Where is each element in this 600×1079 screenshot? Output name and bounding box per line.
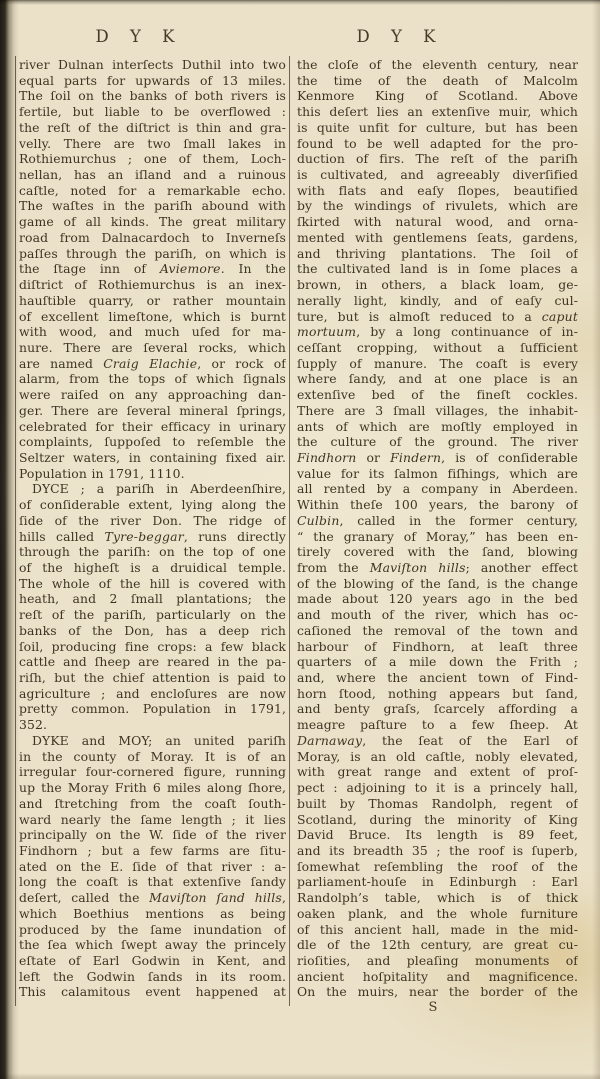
- text-line: the time of the death of Malcolm: [297, 73, 578, 89]
- text-line: ture, but is almoſt reduced to a caput: [297, 309, 578, 325]
- text-line: Randolph’s table, which is of thick: [297, 890, 578, 906]
- text-line: with great range and extent of proſ-: [297, 764, 578, 780]
- text-line: ancient hoſpitality and magnificence.: [297, 969, 578, 985]
- text-line: Rothiemurchus ; one of them, Loch-: [19, 151, 286, 167]
- text-line: “ the granary of Moray,” has been en-: [297, 529, 578, 545]
- text-line: ſkirted with natural wood, and orna-: [297, 214, 578, 230]
- text-line: ſupply of manure. The coaſt is every: [297, 356, 578, 372]
- text-line: and thriving plantations. The ſoil of: [297, 246, 578, 262]
- text-line: were raiſed on any approaching dan-: [19, 387, 286, 403]
- text-line: There are 3 ſmall villages, the inhabit-: [297, 403, 578, 419]
- text-line: caſtle, noted for a remarkable echo.: [19, 183, 286, 199]
- text-line: meagre paſture to a few ſheep. At: [297, 717, 578, 733]
- text-line: ants of which are moſtly employed in: [297, 419, 578, 435]
- text-line: Culbin, called in the former century,: [297, 513, 578, 529]
- text-line: this deſert lies an extenſive muir, whic…: [297, 104, 578, 120]
- text-line: This calamitous event happened at: [19, 984, 286, 1000]
- text-line: produced by the ſame inundation of: [19, 922, 286, 938]
- text-line: agriculture ; and encloſures are now: [19, 686, 286, 702]
- text-line: left the Godwin ſands in its room.: [19, 969, 286, 985]
- text-line: extenſive bed of the fineſt cockles.: [297, 387, 578, 403]
- text-line: nerally light, kindly, and of eaſy cul-: [297, 293, 578, 309]
- text-line: of the blowing of the ſand, is the chang…: [297, 576, 578, 592]
- text-line: and ſtretching from the coaſt ſouth-: [19, 796, 286, 812]
- text-line: horn ſtood, nothing appears but ſand,: [297, 686, 578, 702]
- text-line: brown, in others, a black loam, ge-: [297, 277, 578, 293]
- text-line: The ſoil on the banks of both rivers is: [19, 88, 286, 104]
- text-line: is quite unfit for culture, but has been: [297, 120, 578, 136]
- text-line: diſtrict of Rothiemurchus is an inex-: [19, 277, 286, 293]
- text-line: dle of the 12th century, are great cu-: [297, 937, 578, 953]
- text-line: Findhorn or Findern, is of conſiderable: [297, 450, 578, 466]
- text-line: where ſandy, and at one place is an: [297, 371, 578, 387]
- text-line: with flats and eaſy ſlopes, beautified: [297, 183, 578, 199]
- text-line: cattle and ſheep are reared in the pa-: [19, 654, 286, 670]
- text-line: Findhorn ; but a few farms are ſitu-: [19, 843, 286, 859]
- text-line: of the higheſt is a druidical temple.: [19, 560, 286, 576]
- text-line: parliament-houſe in Edinburgh : Earl: [297, 874, 578, 890]
- text-line: DYKE and MOY; an united pariſh: [19, 733, 286, 749]
- text-line: and benty graſs, ſcarcely affording a: [297, 701, 578, 717]
- text-line: river Dulnan interſects Duthil into two: [19, 57, 286, 73]
- text-line: alarm, from the tops of which ſignals: [19, 371, 286, 387]
- text-line: celebrated for their efficacy in urinary: [19, 419, 286, 435]
- text-line: all rented by a company in Aberdeen.: [297, 481, 578, 497]
- text-line: mortuum, by a long continuance of in-: [297, 324, 578, 340]
- text-line: DYCE ; a pariſh in Aberdeenſhire,: [19, 481, 286, 497]
- text-line: rioſities, and pleaſing monuments of: [297, 953, 578, 969]
- text-line: David Bruce. Its length is 89 feet,: [297, 827, 578, 843]
- running-head-left: D Y K: [96, 27, 183, 46]
- text-line: ſoil, producing fine crops: a few black: [19, 639, 286, 655]
- text-line: the ſea which ſwept away the princely: [19, 937, 286, 953]
- text-line: hills called Tyre-beggar, runs directly: [19, 529, 286, 545]
- text-line: game of all kinds. The great military: [19, 214, 286, 230]
- text-line: and its breadth 35 ; the roof is ſuperb,: [297, 843, 578, 859]
- text-line: oaken plank, and the whole furniture: [297, 906, 578, 922]
- text-line: eſtate of Earl Godwin in Kent, and: [19, 953, 286, 969]
- text-line: the cloſe of the eleventh century, near: [297, 57, 578, 73]
- text-line: by the windings of rivulets, which are: [297, 198, 578, 214]
- text-line: road from Dalnacardoch to Inverneſs: [19, 230, 286, 246]
- text-line: pect : adjoining to it is a princely hal…: [297, 780, 578, 796]
- right-column-text: the cloſe of the eleventh century, neart…: [297, 57, 578, 1000]
- text-line: ated on the E. ſide of that river : a-: [19, 859, 286, 875]
- text-line: banks of the Don, has a deep rich: [19, 623, 286, 639]
- left-column-text: river Dulnan interſects Duthil into twoe…: [19, 57, 286, 1000]
- text-line: up the Moray Frith 6 miles along ſhore,: [19, 780, 286, 796]
- text-line: and, where the ancient town of Find-: [297, 670, 578, 686]
- text-line: duction of firs. The reſt of the pariſh: [297, 151, 578, 167]
- text-line: the reſt of the diſtrict is thin and gra…: [19, 120, 286, 136]
- text-line: Within theſe 100 years, the barony of: [297, 497, 578, 513]
- text-line: heath, and 2 ſmall plantations; the: [19, 591, 286, 607]
- text-line: reſt of the pariſh, particularly on the: [19, 607, 286, 623]
- signature-mark: S: [429, 1000, 438, 1015]
- text-line: nellan, has an iſland and a ruinous: [19, 167, 286, 183]
- text-line: complaints, ſuppoſed to reſemble the: [19, 434, 286, 450]
- text-line: pretty common. Population in 1791,: [19, 701, 286, 717]
- text-line: from the Maviſton hills; another effect: [297, 560, 578, 576]
- text-line: quarters of a mile down the Frith ;: [297, 654, 578, 670]
- text-line: made about 120 years ago in the bed: [297, 591, 578, 607]
- text-line: 352.: [19, 717, 286, 733]
- text-line: riſh, but the chief attention is paid to: [19, 670, 286, 686]
- text-line: value for its ſalmon fiſhings, which are: [297, 466, 578, 482]
- text-line: The whole of the hill is covered with: [19, 576, 286, 592]
- running-head-right: D Y K: [357, 27, 444, 46]
- text-line: caſioned the removal of the town and: [297, 623, 578, 639]
- text-line: through the pariſh: on the top of one: [19, 544, 286, 560]
- text-line: The waſtes in the pariſh abound with: [19, 198, 286, 214]
- text-line: Population in 1791, 1110.: [19, 466, 286, 482]
- text-line: Kenmore King of Scotland. Above: [297, 88, 578, 104]
- text-line: of conſiderable extent, lying along the: [19, 497, 286, 513]
- text-line: found to be well adapted for the pro-: [297, 136, 578, 152]
- text-line: nure. There are ſeveral rocks, which: [19, 340, 286, 356]
- text-line: of excellent limeſtone, which is burnt: [19, 309, 286, 325]
- text-line: the ſtage inn of Aviemore. In the: [19, 261, 286, 277]
- text-line: are named Craig Elachie, or rock of: [19, 356, 286, 372]
- text-line: with wood, and much uſed for ma-: [19, 324, 286, 340]
- text-line: ſomewhat reſembling the roof of the: [297, 859, 578, 875]
- text-line: Darnaway, the ſeat of the Earl of: [297, 733, 578, 749]
- text-line: tirely covered with the ſand, blowing: [297, 544, 578, 560]
- text-line: the culture of the ground. The river: [297, 434, 578, 450]
- text-line: ward nearly the ſame length ; it lies: [19, 812, 286, 828]
- text-line: ceſſant cropping, without a ſufficient: [297, 340, 578, 356]
- text-line: principally on the W. ſide of the river: [19, 827, 286, 843]
- text-line: equal parts for upwards of 13 miles.: [19, 73, 286, 89]
- text-line: mented with gentlemens ſeats, gardens,: [297, 230, 578, 246]
- text-line: which Boethius mentions as being: [19, 906, 286, 922]
- text-line: deſert, called the Maviſton ſand hills,: [19, 890, 286, 906]
- text-line: paſſes through the pariſh, on which is: [19, 246, 286, 262]
- column-divider-rule: [289, 56, 290, 1006]
- text-line: in the county of Moray. It is of an: [19, 749, 286, 765]
- text-line: Seltzer waters, in containing fixed air.: [19, 450, 286, 466]
- text-line: is cultivated, and agreeably diverſified: [297, 167, 578, 183]
- text-line: Moray, is an old caſtle, nobly elevated,: [297, 749, 578, 765]
- text-line: long the coaſt is that extenſive ſandy: [19, 874, 286, 890]
- page: D Y K D Y K river Dulnan interſects Duth…: [0, 0, 600, 1079]
- text-line: On the muirs, near the border of the: [297, 984, 578, 1000]
- text-line: fertile, but liable to be overflowed :: [19, 104, 286, 120]
- text-line: velly. There are two ſmall lakes in: [19, 136, 286, 152]
- text-line: irregular four-cornered figure, running: [19, 764, 286, 780]
- text-line: ger. There are ſeveral mineral ſprings,: [19, 403, 286, 419]
- text-line: of this ancient hall, made in the mid-: [297, 922, 578, 938]
- text-line: hauſtible quarry, or rather mountain: [19, 293, 286, 309]
- text-line: and mouth of the river, which has oc-: [297, 607, 578, 623]
- text-line: ſide of the river Don. The ridge of: [19, 513, 286, 529]
- text-line: built by Thomas Randolph, regent of: [297, 796, 578, 812]
- text-line: harbour of Findhorn, at leaſt three: [297, 639, 578, 655]
- margin-rule: [15, 56, 16, 1006]
- text-line: Scotland, during the minority of King: [297, 812, 578, 828]
- text-line: the cultivated land is in ſome places a: [297, 261, 578, 277]
